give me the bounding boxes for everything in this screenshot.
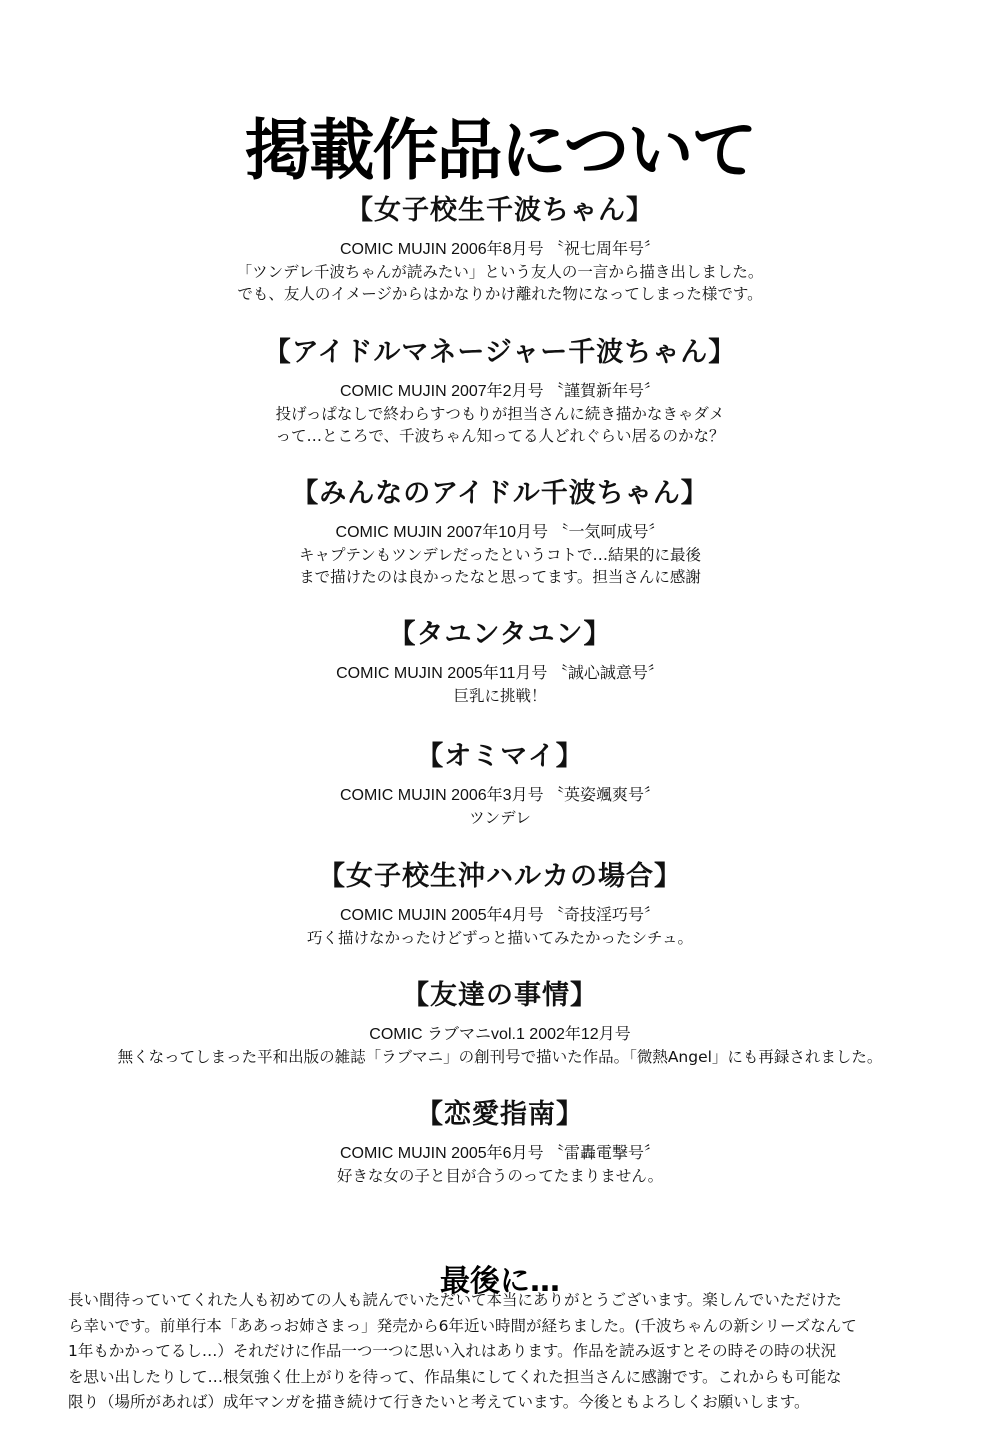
work-note: 「ツンデレ千波ちゃんが読みたい」という友人の一言から描き出しました。 (0, 261, 1000, 283)
work-note: って…ところで、千波ちゃん知ってる人どれぐらい居るのかな？ (0, 425, 1000, 447)
work-note: ツンデレ (0, 807, 1000, 829)
work-title: 【タユンタユン】 (0, 617, 1000, 653)
work-entry: 【友達の事情】 COMIC ラブマニvol.1 2002年12月号 無くなってし… (0, 978, 1000, 1068)
work-note: キャプテンもツンデレだったというコトで…結果的に最後 (0, 544, 1000, 566)
work-note: 巧く描けなかったけどずっと描いてみたかったシチュ。 (0, 927, 1000, 949)
afterword-line: 長い間待っていてくれた人も初めての人も読んでいただいて本当にありがとうございます… (68, 1288, 948, 1314)
work-entry: 【恋愛指南】 COMIC MUJIN 2005年6月号 〝雷轟電撃号〞 好きな女… (0, 1097, 1000, 1187)
work-entry: 【オミマイ】 COMIC MUJIN 2006年3月号 〝英姿颯爽号〞 ツンデレ (0, 739, 1000, 829)
afterword-line: 1年もかかってるし…）それだけに作品一つ一つに思い入れはあります。作品を読み返す… (68, 1339, 948, 1365)
work-entry: 【アイドルマネージャー千波ちゃん】 COMIC MUJIN 2007年2月号 〝… (0, 335, 1000, 447)
work-title: 【恋愛指南】 (0, 1097, 1000, 1133)
work-issue: COMIC MUJIN 2005年4月号 〝奇技淫巧号〞 (0, 905, 1000, 927)
work-note: 投げっぱなしで終わらすつもりが担当さんに続き描かなきゃダメ (0, 403, 1000, 425)
work-title: 【女子校生千波ちゃん】 (0, 193, 1000, 229)
afterword-body: 長い間待っていてくれた人も初めての人も読んでいただいて本当にありがとうございます… (68, 1288, 948, 1416)
work-issue: COMIC ラブマニvol.1 2002年12月号 (0, 1024, 1000, 1046)
work-title: 【友達の事情】 (0, 978, 1000, 1014)
work-issue: COMIC MUJIN 2005年11月号 〝誠心誠意号〞 (0, 663, 1000, 685)
work-note: 好きな女の子と目が合うのってたまりません。 (0, 1165, 1000, 1187)
work-issue: COMIC MUJIN 2007年10月号 〝一気呵成号〞 (0, 522, 1000, 544)
work-note: 無くなってしまった平和出版の雑誌「ラブマニ」の創刊号で描いた作品。「微熱Ange… (0, 1046, 1000, 1068)
work-note: でも、友人のイメージからはかなりかけ離れた物になってしまった様です。 (0, 283, 1000, 305)
work-note: 巨乳に挑戦！ (0, 685, 1000, 707)
work-title: 【オミマイ】 (0, 739, 1000, 775)
page-title: 掲載作品について (0, 106, 1000, 196)
work-issue: COMIC MUJIN 2006年3月号 〝英姿颯爽号〞 (0, 785, 1000, 807)
work-issue: COMIC MUJIN 2005年6月号 〝雷轟電撃号〞 (0, 1143, 1000, 1165)
afterword-line: ら幸いです。前単行本「ああっお姉さまっ」発売から6年近い時間が経ちました。(千波… (68, 1314, 948, 1340)
afterword-line: 限り（場所があれば）成年マンガを描き続けて行きたいと考えています。今後ともよろし… (68, 1390, 948, 1416)
work-issue: COMIC MUJIN 2007年2月号 〝謹賀新年号〞 (0, 381, 1000, 403)
work-entry: 【女子校生千波ちゃん】 COMIC MUJIN 2006年8月号 〝祝七周年号〞… (0, 193, 1000, 305)
work-title: 【みんなのアイドル千波ちゃん】 (0, 476, 1000, 512)
work-note: まで描けたのは良かったなと思ってます。担当さんに感謝 (0, 566, 1000, 588)
work-entry: 【みんなのアイドル千波ちゃん】 COMIC MUJIN 2007年10月号 〝一… (0, 476, 1000, 588)
afterword-line: を思い出したりして…根気強く仕上がりを待って、作品集にしてくれた担当さんに感謝で… (68, 1365, 948, 1391)
work-issue: COMIC MUJIN 2006年8月号 〝祝七周年号〞 (0, 239, 1000, 261)
work-entry: 【女子校生沖ハルカの場合】 COMIC MUJIN 2005年4月号 〝奇技淫巧… (0, 859, 1000, 949)
work-title: 【アイドルマネージャー千波ちゃん】 (0, 335, 1000, 371)
work-title: 【女子校生沖ハルカの場合】 (0, 859, 1000, 895)
work-entry: 【タユンタユン】 COMIC MUJIN 2005年11月号 〝誠心誠意号〞 巨… (0, 617, 1000, 707)
